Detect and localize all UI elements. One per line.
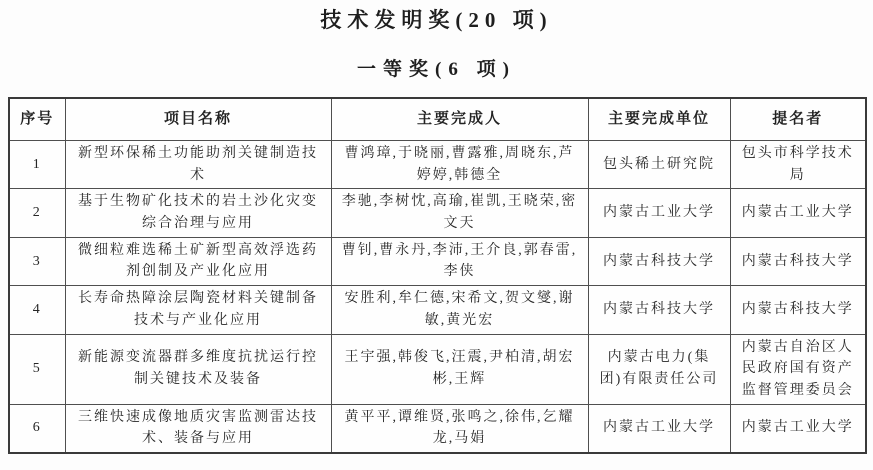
- people-cell: 安胜利,牟仁德,宋希文,贺文燮,谢敏,黄光宏: [331, 286, 588, 334]
- page-title: 技术发明奖(20 项): [0, 4, 873, 34]
- header-org: 主要完成单位: [588, 98, 730, 141]
- row-number-cell: 5: [9, 334, 65, 404]
- table-row: 3 微细粒难选稀土矿新型高效浮选药剂创制及产业化应用 曹钊,曹永丹,李沛,王介良…: [9, 237, 866, 285]
- project-name-cell: 新型环保稀土功能助剂关键制造技术: [65, 141, 331, 189]
- section-subtitle: 一等奖(6 项): [0, 54, 873, 81]
- row-number-cell: 6: [9, 404, 65, 453]
- org-cell: 内蒙古科技大学: [588, 237, 730, 285]
- row-number-cell: 3: [9, 237, 65, 285]
- project-name-cell: 新能源变流器群多维度抗扰运行控制关键技术及装备: [65, 334, 331, 404]
- people-cell: 曹鸿璋,于晓丽,曹露雅,周晓东,芦婷婷,韩德全: [331, 141, 588, 189]
- people-cell: 李驰,李树忱,高瑜,崔凯,王晓荣,密文天: [331, 189, 588, 237]
- table-header-row: 序号 项目名称 主要完成人 主要完成单位 提名者: [9, 98, 866, 141]
- org-cell: 包头稀土研究院: [588, 141, 730, 189]
- project-name-cell: 微细粒难选稀土矿新型高效浮选药剂创制及产业化应用: [65, 237, 331, 285]
- table-row: 2 基于生物矿化技术的岩土沙化灾变综合治理与应用 李驰,李树忱,高瑜,崔凯,王晓…: [9, 189, 866, 237]
- row-number-cell: 2: [9, 189, 65, 237]
- org-cell: 内蒙古工业大学: [588, 404, 730, 453]
- table-row: 1 新型环保稀土功能助剂关键制造技术 曹鸿璋,于晓丽,曹露雅,周晓东,芦婷婷,韩…: [9, 141, 866, 189]
- project-name-cell: 长寿命热障涂层陶瓷材料关键制备技术与产业化应用: [65, 286, 331, 334]
- nominator-cell: 内蒙古工业大学: [730, 189, 866, 237]
- nominator-cell: 内蒙古工业大学: [730, 404, 866, 453]
- document-page: 技术发明奖(20 项) 一等奖(6 项) 序号 项目名称 主要完成人 主要完成单…: [0, 0, 873, 470]
- award-table: 序号 项目名称 主要完成人 主要完成单位 提名者 1 新型环保稀土功能助剂关键制…: [8, 97, 867, 454]
- org-cell: 内蒙古科技大学: [588, 286, 730, 334]
- header-no: 序号: [9, 98, 65, 141]
- org-cell: 内蒙古工业大学: [588, 189, 730, 237]
- nominator-cell: 包头市科学技术局: [730, 141, 866, 189]
- org-cell: 内蒙古电力(集团)有限责任公司: [588, 334, 730, 404]
- header-project: 项目名称: [65, 98, 331, 141]
- table-row: 5 新能源变流器群多维度抗扰运行控制关键技术及装备 王宇强,韩俊飞,汪震,尹柏清…: [9, 334, 866, 404]
- header-nominator: 提名者: [730, 98, 866, 141]
- header-people: 主要完成人: [331, 98, 588, 141]
- nominator-cell: 内蒙古科技大学: [730, 237, 866, 285]
- row-number-cell: 4: [9, 286, 65, 334]
- row-number-cell: 1: [9, 141, 65, 189]
- project-name-cell: 基于生物矿化技术的岩土沙化灾变综合治理与应用: [65, 189, 331, 237]
- people-cell: 黄平平,谭维贤,张鸣之,徐伟,乞耀龙,马娟: [331, 404, 588, 453]
- project-name-cell: 三维快速成像地质灾害监测雷达技术、装备与应用: [65, 404, 331, 453]
- people-cell: 曹钊,曹永丹,李沛,王介良,郭春雷,李侠: [331, 237, 588, 285]
- people-cell: 王宇强,韩俊飞,汪震,尹柏清,胡宏彬,王辉: [331, 334, 588, 404]
- table-row: 6 三维快速成像地质灾害监测雷达技术、装备与应用 黄平平,谭维贤,张鸣之,徐伟,…: [9, 404, 866, 453]
- nominator-cell: 内蒙古自治区人民政府国有资产监督管理委员会: [730, 334, 866, 404]
- table-row: 4 长寿命热障涂层陶瓷材料关键制备技术与产业化应用 安胜利,牟仁德,宋希文,贺文…: [9, 286, 866, 334]
- nominator-cell: 内蒙古科技大学: [730, 286, 866, 334]
